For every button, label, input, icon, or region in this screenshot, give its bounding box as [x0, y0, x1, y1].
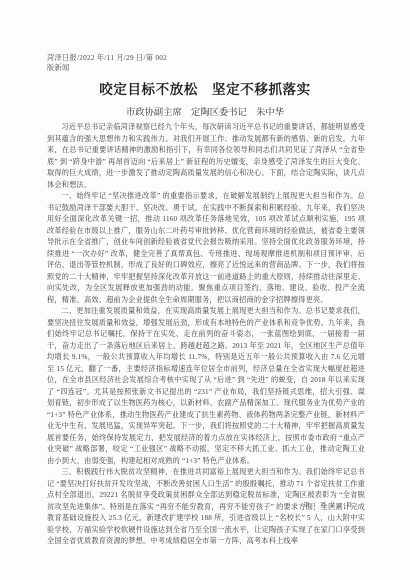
- header-source-line: 菏泽日报/2022 年/11 月/29 日/第 002: [47, 53, 167, 63]
- document-header: 菏泽日报/2022 年/11 月/29 日/第 002 版新闻: [47, 53, 167, 73]
- article-body: 习近平总书记亲临菏泽视察已经九个年头。每次研读习近平总书记的重要讲话，都能明显感…: [47, 122, 365, 548]
- header-section-line: 版新闻: [47, 63, 167, 73]
- document-page: 菏泽日报/2022 年/11 月/29 日/第 002 版新闻 咬定目标不放松 …: [0, 0, 410, 580]
- paragraph-intro: 习近平总书记亲临菏泽视察已经九个年头。每次研读习近平总书记的重要讲话，都能明显感…: [47, 122, 365, 191]
- page-number: 第 1 页 共 2 页: [303, 500, 353, 509]
- paragraph-section-2: 二、更加注重发展质量和效益，在实现高质量发展上展现更大担当和作为。总书记要求我们…: [47, 306, 365, 467]
- article-title: 咬定目标不放松 坚定不移抓落实: [0, 78, 410, 98]
- article-byline: 市政协副主席 定陶区委书记 朱中华: [0, 104, 410, 118]
- paragraph-section-1: 一、始终牢记 “坚决推进改革” 的重要指示要求，在破解发展制约上展现更大担当和作…: [47, 191, 365, 306]
